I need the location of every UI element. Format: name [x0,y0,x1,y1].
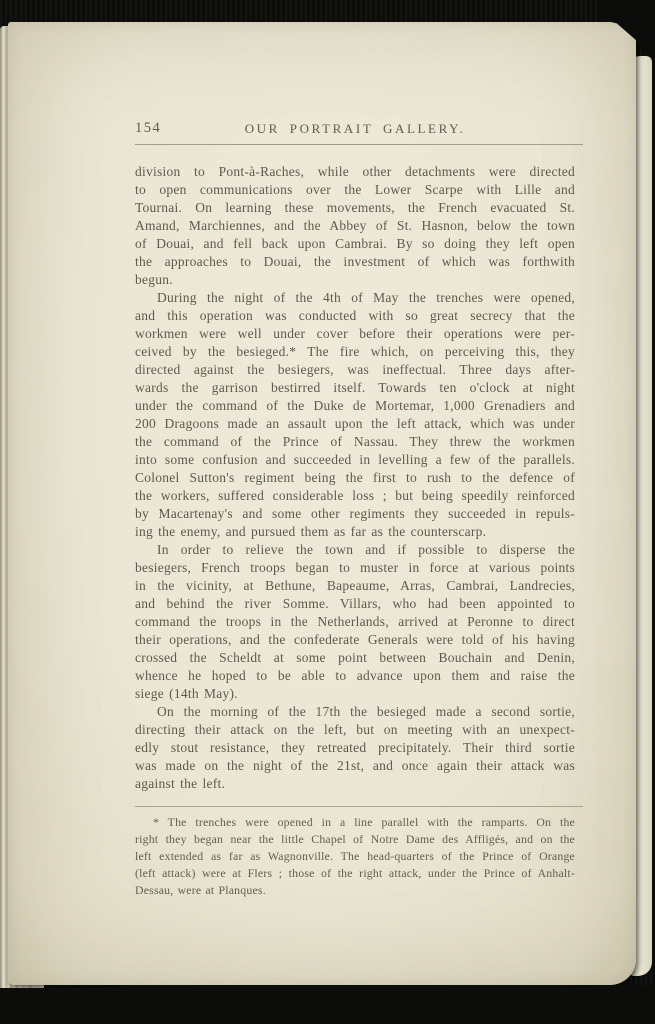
paragraph: * The trenches were opened in a line par… [135,814,575,899]
text-line: of Douai, and fell back upon Cambrai. By… [135,235,575,253]
text-line: by Macartenay's and some other regiments… [135,505,575,523]
text-line: Tournai. On learning these movements, th… [135,199,575,217]
text-line: under the command of the Duke de Mortema… [135,397,575,415]
text-line: and behind the river Somme. Villars, who… [135,595,575,613]
header-rule [135,144,583,145]
text-line: edly stout resistance, they retreated pr… [135,739,575,757]
text-line: against the left. [135,775,575,793]
text-line: to open communications over the Lower Sc… [135,181,575,199]
text-line: 200 Dragoons made an assault upon the le… [135,415,575,433]
text-line: their operations, and the confederate Ge… [135,631,575,649]
text-line: the approaches to Douai, the investment … [135,253,575,271]
paragraph: On the morning of the 17th the besieged … [135,703,575,793]
mount-bottom-strip-inner [110,985,655,1024]
text-line: besiegers, French troops began to muster… [135,559,575,577]
text-line: Colonel Sutton's regiment being the firs… [135,469,575,487]
text-line: right they began near the little Chapel … [135,831,575,848]
paragraph: During the night of the 4th of May the t… [135,289,575,541]
footnote-text: * The trenches were opened in a line par… [135,814,575,899]
text-line: command the troops in the Netherlands, a… [135,613,575,631]
book-page: 154 OUR PORTRAIT GALLERY. division to Po… [8,22,636,985]
text-line: Amand, Marchiennes, and the Abbey of St.… [135,217,575,235]
text-line: On the morning of the 17th the besieged … [135,703,575,721]
text-line: siege (14th May). [135,685,575,703]
text-line: was made on the night of the 21st, and o… [135,757,575,775]
footnote-rule [135,806,583,807]
text-line: begun. [135,271,575,289]
text-line: directed against the besiegers, was inef… [135,361,575,379]
text-line: ceived by the besieged.* The fire which,… [135,343,575,361]
text-line: the command of the Prince of Nassau. The… [135,433,575,451]
text-line: whence he hoped to be able to advance up… [135,667,575,685]
paragraph: division to Pont-à-Raches, while other d… [135,163,575,289]
text-line: Dessau, were at Planques. [135,882,575,899]
text-line: into some confusion and succeeded in lev… [135,451,575,469]
text-line: left extended as far as Wagnonville. The… [135,848,575,865]
text-line: in the vicinity, at Bethune, Bapeaume, A… [135,577,575,595]
text-line: (left attack) were at Flers ; those of t… [135,865,575,882]
text-line: and this operation was conducted with so… [135,307,575,325]
page-header: 154 OUR PORTRAIT GALLERY. [135,120,575,140]
text-line: directing their attack on the left, but … [135,721,575,739]
running-title: OUR PORTRAIT GALLERY. [135,121,575,137]
text-line: wards the garrison bestirred itself. Tow… [135,379,575,397]
text-line: workmen were well under cover before the… [135,325,575,343]
text-line: ing the enemy, and pursued them as far a… [135,523,575,541]
body-text: division to Pont-à-Raches, while other d… [135,163,575,793]
text-line: In order to relieve the town and if poss… [135,541,575,559]
text-line: crossed the Scheldt at some point betwee… [135,649,575,667]
text-line: * The trenches were opened in a line par… [135,814,575,831]
book-scan: 154 OUR PORTRAIT GALLERY. division to Po… [0,0,655,1024]
text-line: During the night of the 4th of May the t… [135,289,575,307]
text-line: the workers, suffered considerable loss … [135,487,575,505]
text-line: division to Pont-à-Raches, while other d… [135,163,575,181]
paragraph: In order to relieve the town and if poss… [135,541,575,703]
